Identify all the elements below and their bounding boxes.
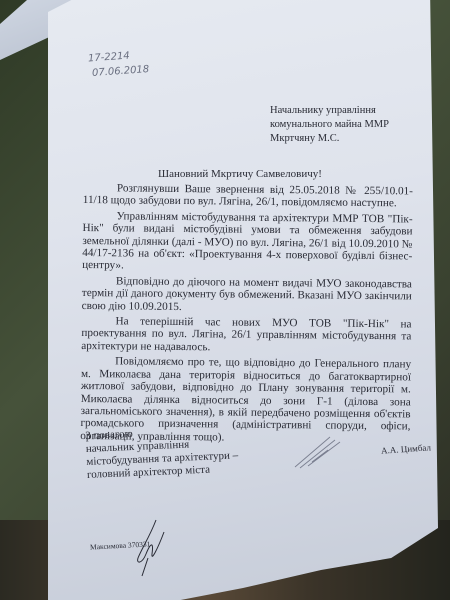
addressee-line: комунального майна ММР xyxy=(270,118,389,132)
handwritten-reg-number: 17-2214 xyxy=(88,51,130,65)
paragraph: На теперішній час нових МУО ТОВ "Пік-Нік… xyxy=(81,315,411,356)
signature-mark-icon xyxy=(290,432,350,472)
letter-body: Розглянувши Ваше звернення від 25.05.201… xyxy=(80,182,413,449)
paragraph: Відповідно до діючого на момент видачі М… xyxy=(82,275,412,316)
paragraph: Розглянувши Ваше звернення від 25.05.201… xyxy=(83,182,413,210)
addressee-line: Начальнику управління xyxy=(270,104,389,118)
addressee-line: Мкртчяну М.С. xyxy=(270,132,389,146)
greeting: Шановний Мкртичу Самвеловичу! xyxy=(0,168,450,180)
handwritten-reg-date: 07.06.2018 xyxy=(92,64,150,79)
paragraph: Управлінням містобудування та архітектур… xyxy=(82,210,413,275)
initials-mark-icon xyxy=(128,518,168,578)
letter-content: 17-2214 07.06.2018 Начальнику управління… xyxy=(0,0,450,600)
signatory-name: А.А. Цимбал xyxy=(381,442,431,455)
addressee-block: Начальнику управління комунального майна… xyxy=(270,104,389,146)
signoff-block: З повагою начальник управління містобуду… xyxy=(85,423,239,482)
